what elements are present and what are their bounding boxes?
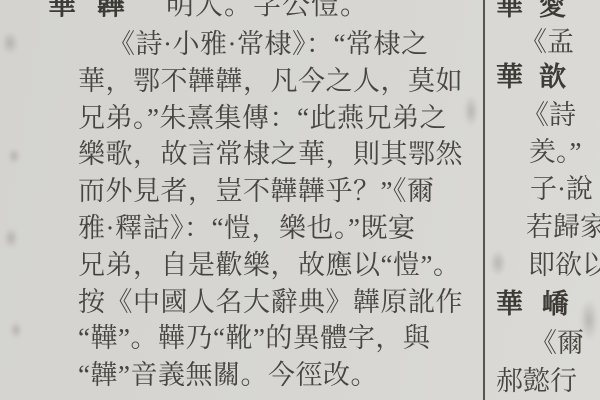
text-line: 而外見者，豈不韡韡乎？”《爾 — [78, 173, 476, 210]
text-line: 兄弟，自是歡樂，故應以“愷”。 — [78, 247, 476, 284]
text-line: 郝懿行 — [496, 363, 577, 400]
headword-given-name: 愛 — [539, 0, 566, 25]
text-line: “韡”音義無關。今徑改。 — [78, 357, 476, 394]
scan-bleedthrough-artifact — [4, 228, 18, 248]
scan-content: 華 韡 明人。字公愷。 《詩·小雅·常棣》：“常棣之 華，鄂不韡韡，凡今之人，莫… — [0, 0, 600, 400]
headword-given-name: 韡 — [97, 0, 125, 24]
headword-given-name: 歆 — [539, 59, 566, 96]
headword-gloss: 明人。字公愷。 — [166, 0, 369, 24]
text-line: 若歸家 — [526, 209, 600, 246]
entry-body-text: 《詩·小雅·常棣》：“常棣之 華，鄂不韡韡，凡今之人，莫如 兄弟。”朱熹集傳：“… — [78, 26, 476, 394]
scanned-dictionary-page: 華 韡 明人。字公愷。 《詩·小雅·常棣》：“常棣之 華，鄂不韡韡，凡今之人，莫… — [0, 0, 600, 400]
headword-surname: 華 — [496, 286, 523, 323]
text-line: 《孟 — [520, 24, 574, 61]
headword-surname: 華 — [48, 0, 76, 24]
text-line: 華，鄂不韡韡，凡今之人，莫如 — [78, 63, 476, 100]
headword-surname: 華 — [496, 59, 523, 96]
scan-bleedthrough-artifact — [490, 250, 506, 276]
text-line: 《詩·小雅·常棣》：“常棣之 — [78, 26, 476, 63]
text-line: 按《中國人名大辭典》韡原訛作 — [78, 284, 476, 321]
scan-bleedthrough-artifact — [2, 32, 18, 54]
left-text-column: 華 韡 明人。字公愷。 《詩·小雅·常棣》：“常棣之 華，鄂不韡韡，凡今之人，莫… — [0, 0, 483, 400]
text-line: “鞾”。鞾乃“靴”的異體字，與 — [78, 320, 476, 357]
scan-bleedthrough-artifact — [580, 300, 598, 340]
text-line: 《爾 — [530, 325, 584, 362]
text-line: 雅·釋詁》：“愷，樂也。”既宴 — [78, 210, 476, 247]
headword-given-name: 嶠 — [542, 286, 569, 323]
entry-headword-line: 華 韡 明人。字公愷。 — [0, 0, 483, 24]
scan-bleedthrough-artifact — [8, 148, 20, 164]
text-line: 羑。” — [529, 134, 581, 171]
headword-surname: 華 — [496, 0, 523, 25]
right-text-column-clipped: 華 愛 《孟 華 歆 《詩 羑。” 子·說 若歸家 即欲以 華 嶠 《爾 郝懿行 — [483, 0, 600, 400]
scan-bleedthrough-artifact — [464, 96, 478, 126]
text-line: 子·說 — [530, 171, 593, 208]
text-line: 《詩 — [522, 97, 576, 134]
scan-bleedthrough-artifact — [10, 322, 22, 338]
text-line: 即欲以 — [528, 247, 600, 284]
text-line: 樂歌，故言常棣之華，則其鄂然 — [78, 136, 476, 173]
text-line: 兄弟。”朱熹集傳：“此燕兄弟之 — [78, 100, 476, 137]
